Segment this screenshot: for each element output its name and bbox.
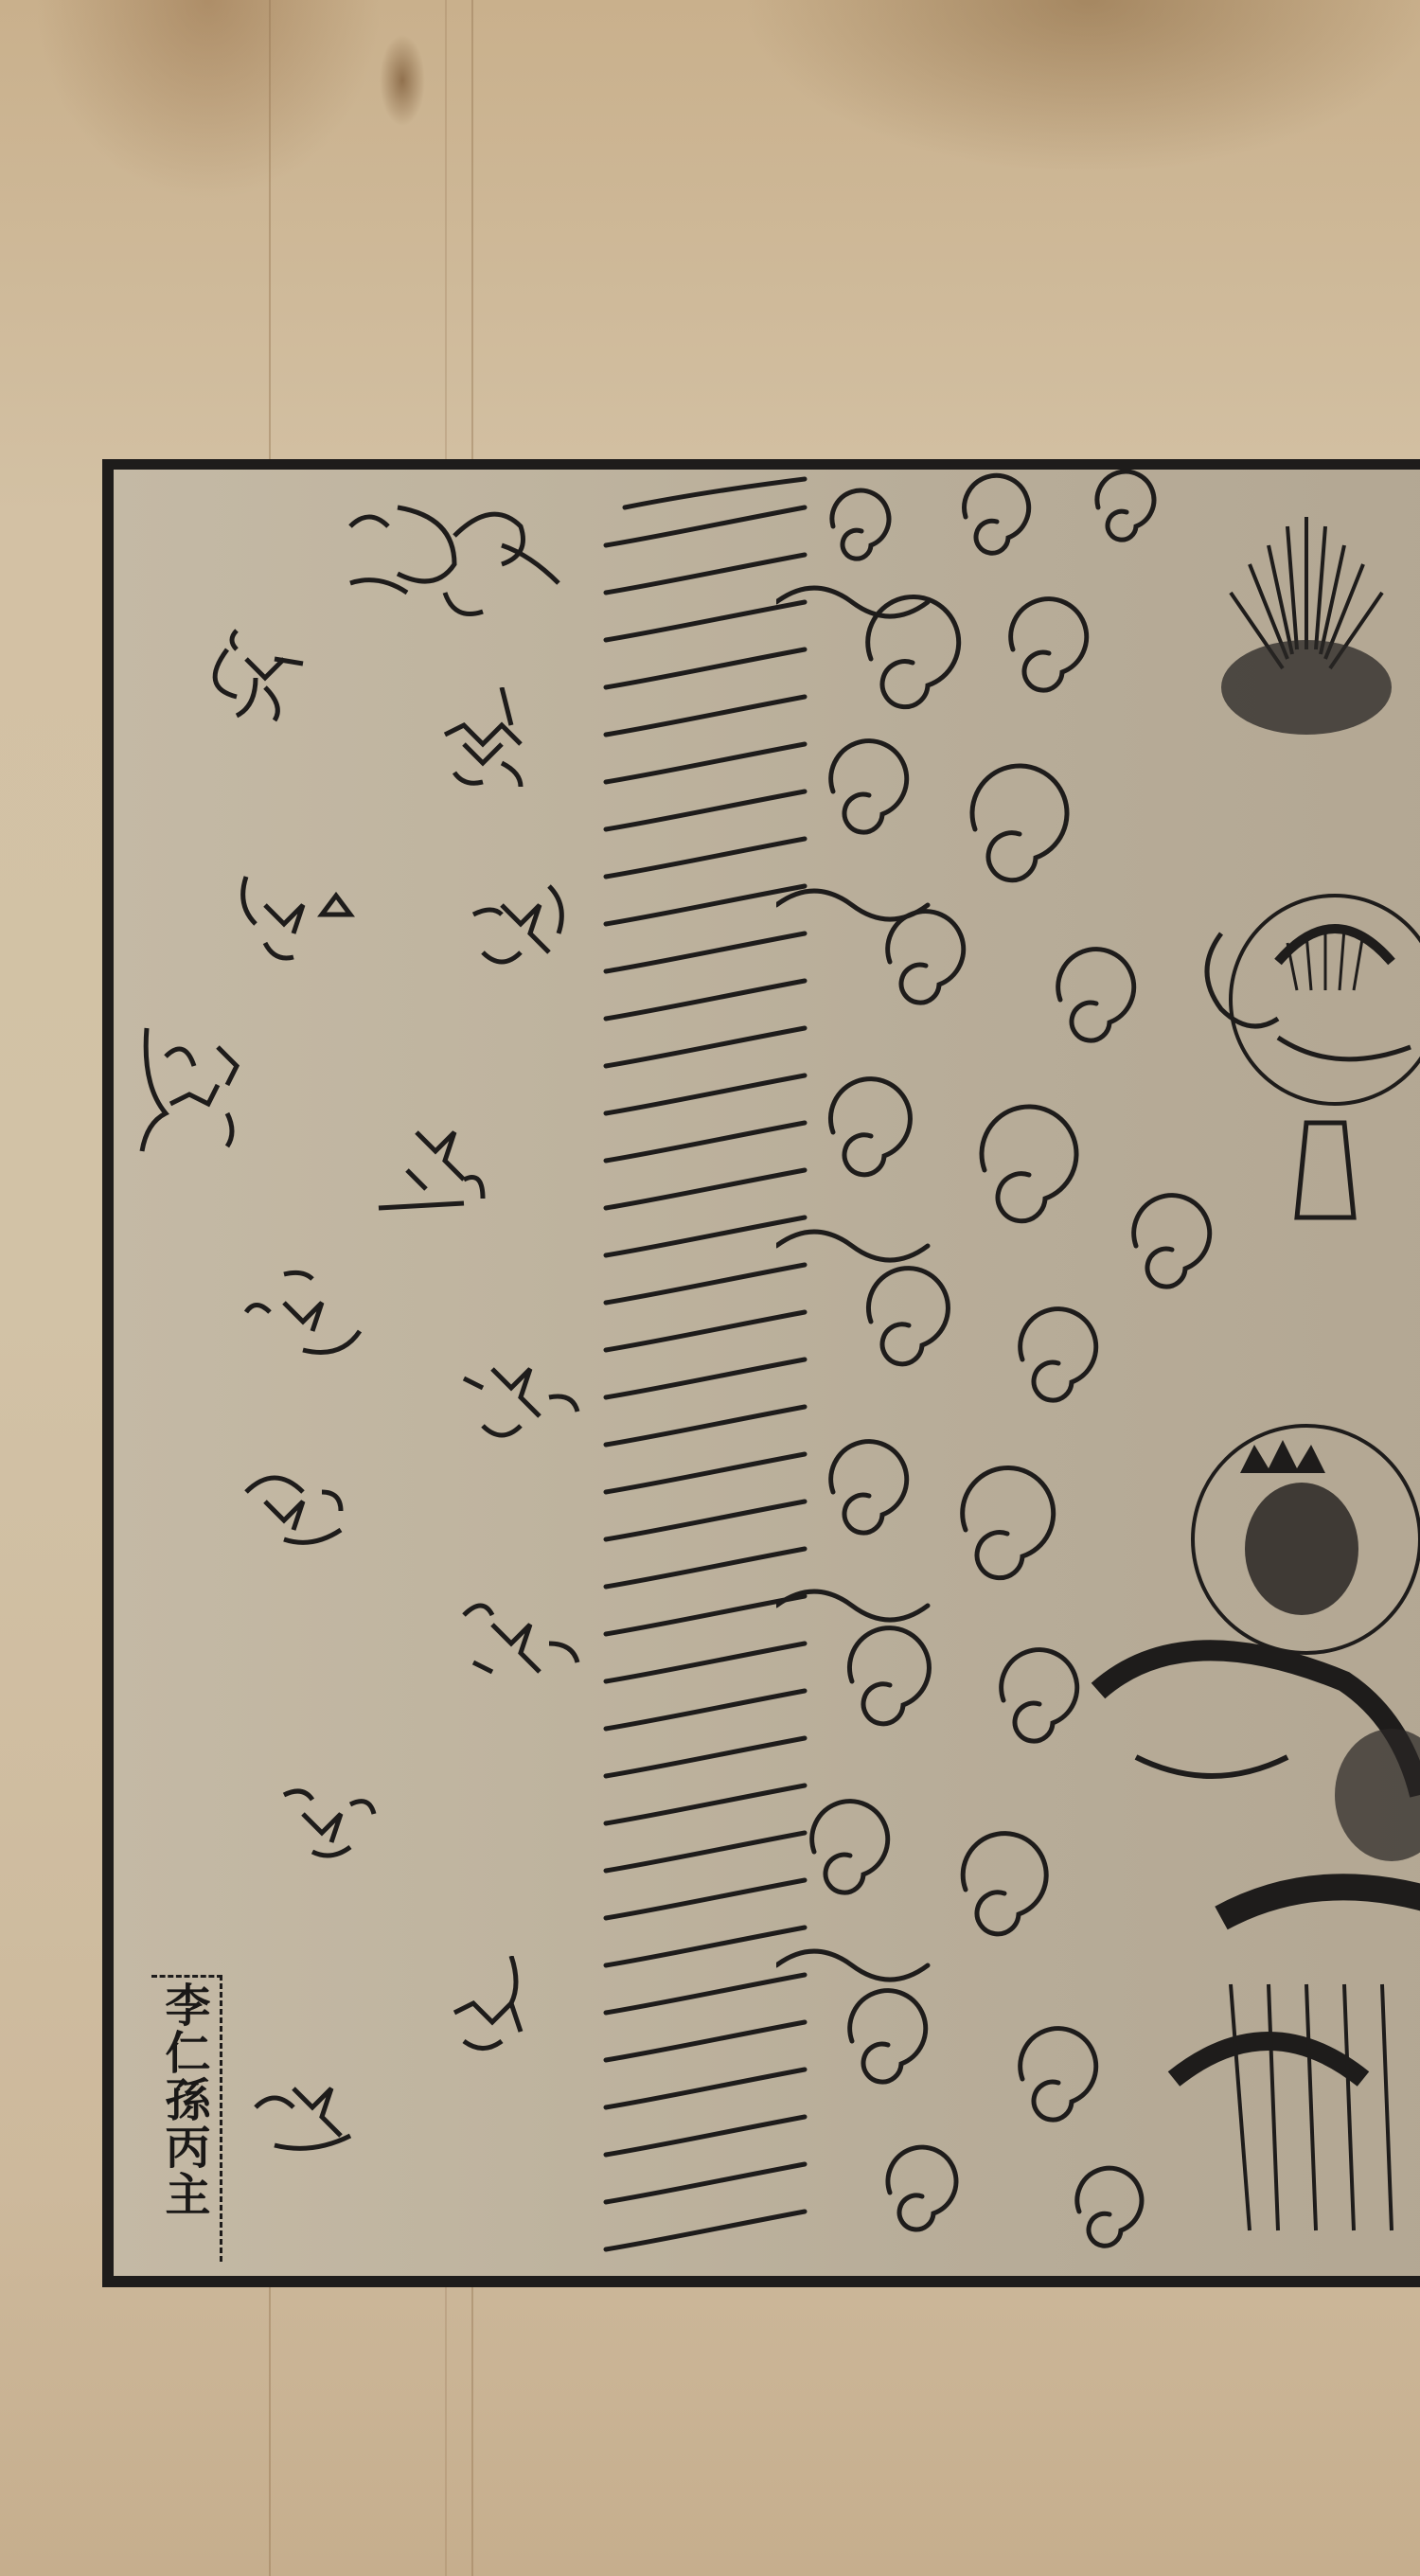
deity-figure-lower-illustration — [1079, 1416, 1420, 2268]
falling-flower-symbol — [227, 1454, 360, 1558]
page: 李仁孫丙主 — [0, 0, 1420, 2576]
falling-flower-symbol — [199, 621, 312, 725]
falling-flower-symbol — [265, 1776, 379, 1880]
carver-inscription-text: 李仁孫丙主 — [155, 1978, 212, 2218]
falling-flower-symbol — [464, 877, 577, 981]
carver-inscription-box: 李仁孫丙主 — [151, 1975, 222, 2262]
print-frame: 李仁孫丙主 — [102, 459, 1420, 2287]
falling-flower-symbol — [246, 2060, 388, 2164]
deity-figure-upper-illustration — [1164, 886, 1420, 1227]
falling-flower-symbol — [426, 687, 540, 791]
falling-flower-symbol — [435, 1956, 559, 2060]
falling-flower-symbol — [454, 1350, 587, 1454]
falling-flower-symbol — [237, 1265, 379, 1369]
falling-flower-symbol — [218, 867, 360, 971]
falling-flower-symbol — [331, 498, 577, 621]
falling-flower-symbol — [454, 1587, 587, 1691]
falling-flower-symbol — [369, 1123, 492, 1227]
falling-flower-symbol — [133, 1019, 265, 1161]
flaming-jewel-illustration — [1155, 479, 1420, 791]
